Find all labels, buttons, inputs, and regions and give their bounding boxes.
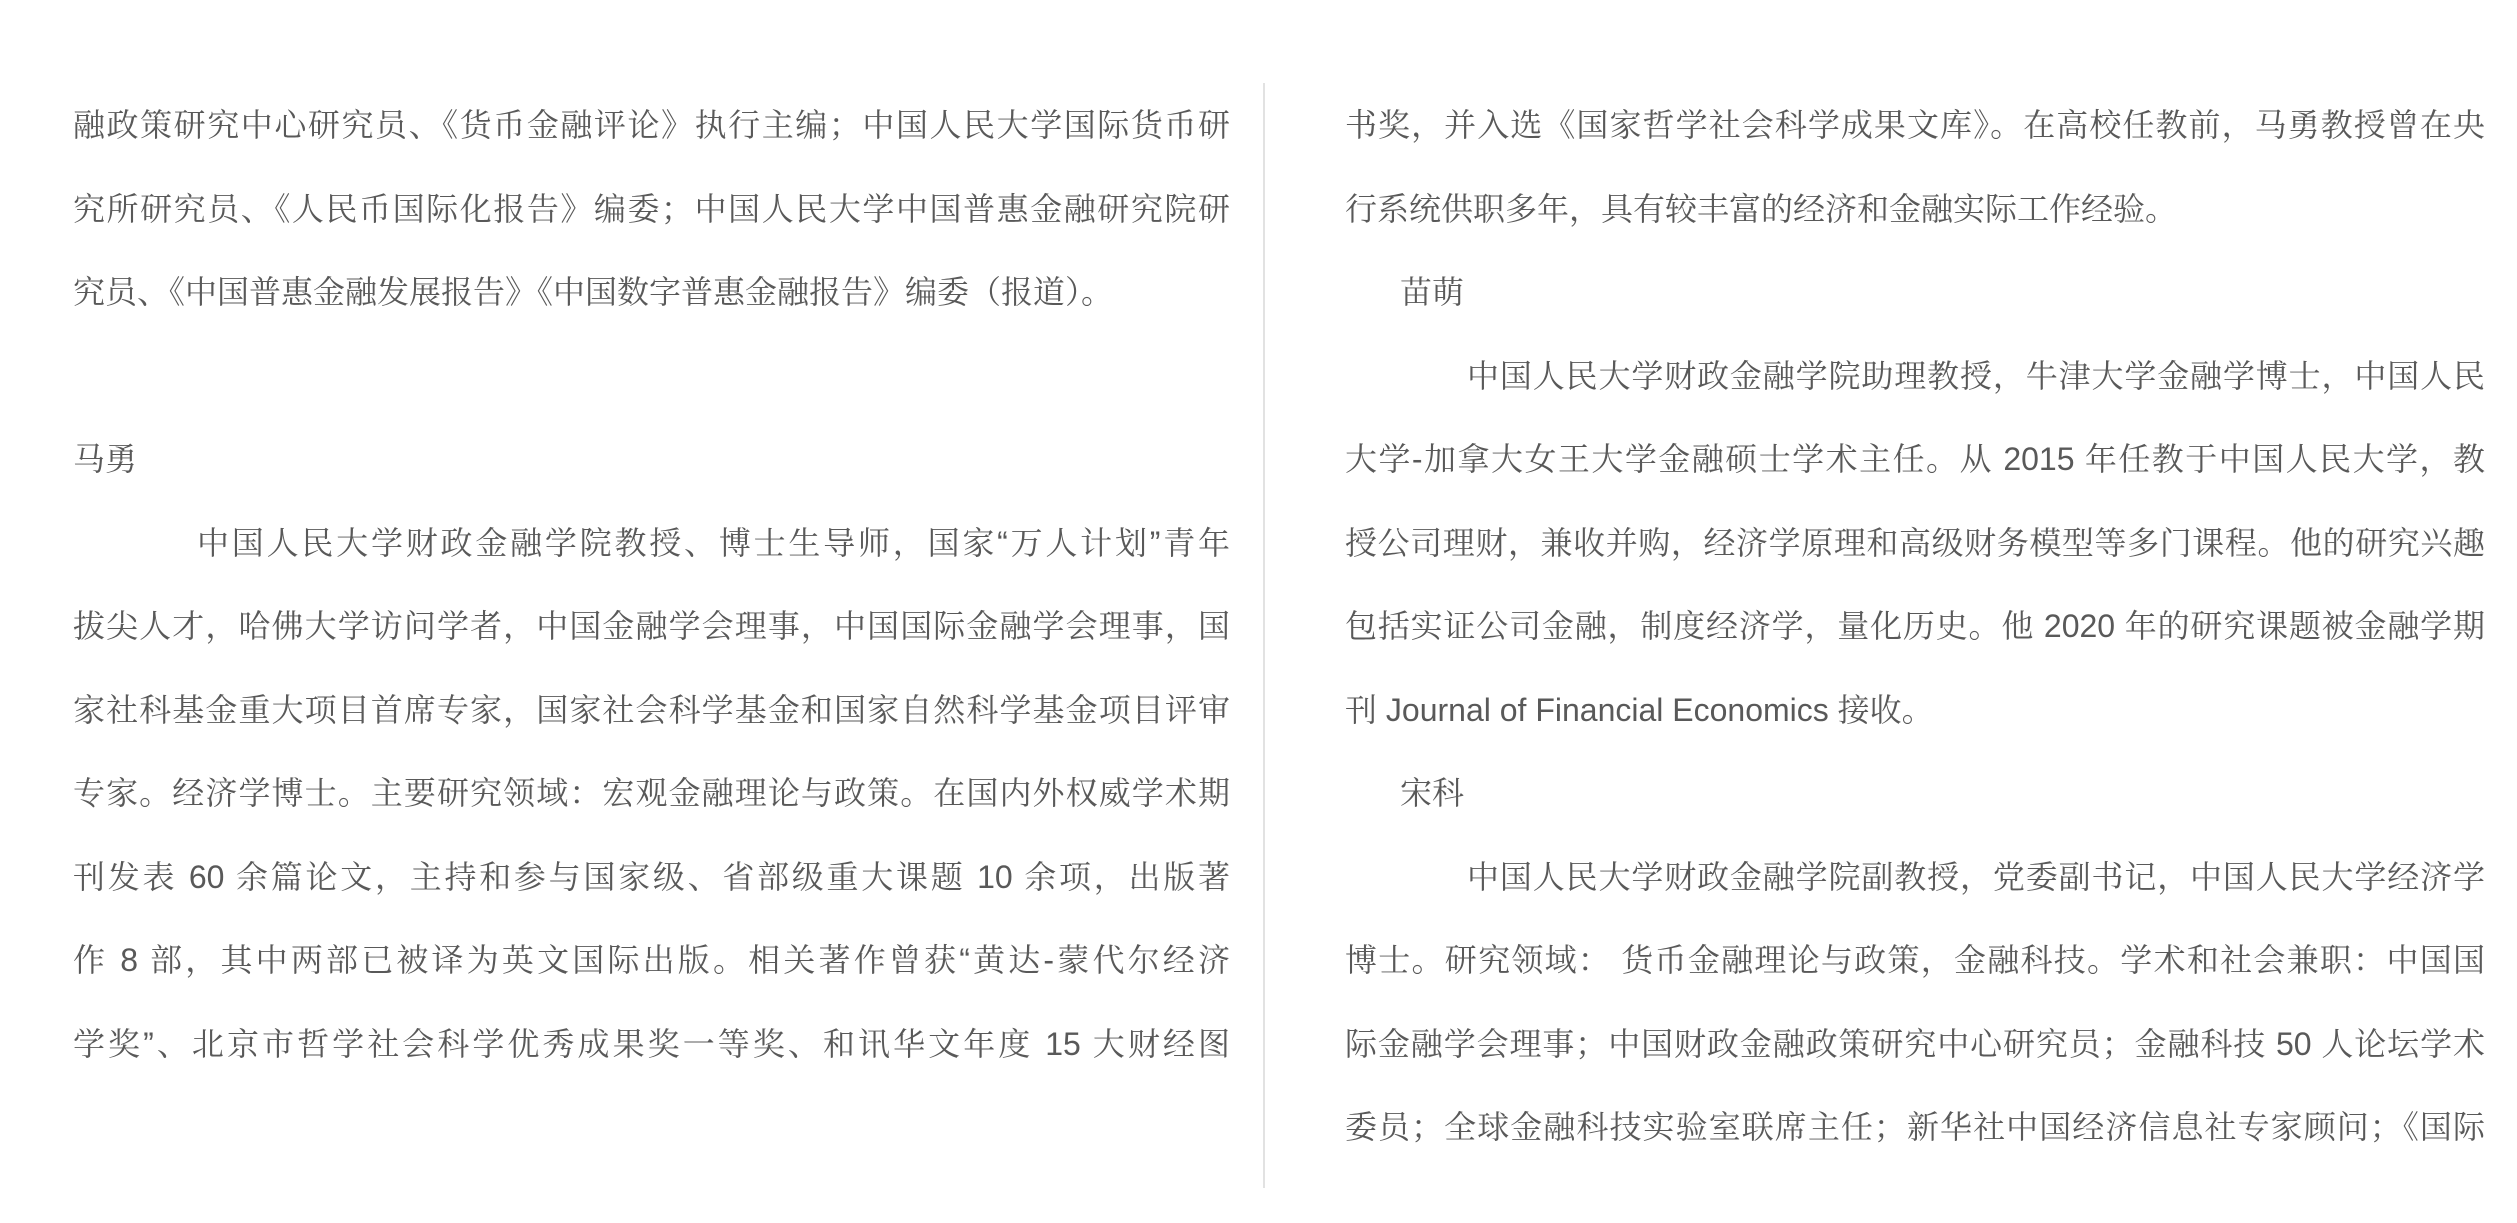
text-line: 博士。研究领域： 货币金融理论与政策，金融科技。学术和社会兼职：中国国 [1345, 919, 2485, 1003]
text-line: 中国人民大学财政金融学院副教授，党委副书记，中国人民大学经济学 [1345, 836, 2485, 920]
text-line: 刊 Journal of Financial Economics 接收。 [1345, 669, 2485, 753]
document-viewer: 融政策研究中心研究员、《货币金融评论》执行主编；中国人民大学国际货币研 究所研究… [0, 0, 2517, 1223]
text-line: 专家。经济学博士。主要研究领域：宏观金融理论与政策。在国内外权威学术期 [73, 752, 1230, 836]
text-line: 家社科基金重大项目首席专家，国家社会科学基金和国家自然科学基金项目评审 [73, 669, 1230, 753]
text-line: 学奖”、北京市哲学社会科学优秀成果奖一等奖、和讯华文年度 15 大财经图 [73, 1003, 1230, 1087]
text-line: 大学-加拿大女王大学金融硕士学术主任。从 2015 年任教于中国人民大学，教 [1345, 418, 2485, 502]
blank-line [73, 335, 1230, 419]
text-line: 际金融学会理事；中国财政金融政策研究中心研究员；金融科技 50 人论坛学术 [1345, 1003, 2485, 1087]
text-line: 授公司理财，兼收并购，经济学原理和高级财务模型等多门课程。他的研究兴趣 [1345, 502, 2485, 586]
document-page-right: 书奖，并入选《国家哲学社会科学成果文库》。在高校任教前，马勇教授曾在央 行系统供… [1345, 84, 2485, 1170]
text-line: 委员；全球金融科技实验室联席主任；新华社中国经济信息社专家顾问；《国际 [1345, 1086, 2485, 1170]
text-line: 行系统供职多年，具有较丰富的经济和金融实际工作经验。 [1345, 168, 2485, 252]
text-line: 究所研究员、《人民币国际化报告》编委；中国人民大学中国普惠金融研究院研 [73, 168, 1230, 252]
section-heading-ma-yong: 马勇 [73, 418, 1230, 502]
text-line: 融政策研究中心研究员、《货币金融评论》执行主编；中国人民大学国际货币研 [73, 84, 1230, 168]
text-line: 究员、《中国普惠金融发展报告》《中国数字普惠金融报告》编委（报道）。 [73, 251, 1230, 335]
text-line: 刊发表 60 余篇论文，主持和参与国家级、省部级重大课题 10 余项，出版著 [73, 836, 1230, 920]
document-page-left: 融政策研究中心研究员、《货币金融评论》执行主编；中国人民大学国际货币研 究所研究… [73, 84, 1230, 1086]
text-line: 作 8 部，其中两部已被译为英文国际出版。相关著作曾获“黄达-蒙代尔经济 [73, 919, 1230, 1003]
text-line: 书奖，并入选《国家哲学社会科学成果文库》。在高校任教前，马勇教授曾在央 [1345, 84, 2485, 168]
text-line: 中国人民大学财政金融学院教授、博士生导师，国家“万人计划”青年 [73, 502, 1230, 586]
text-line: 包括实证公司金融，制度经济学，量化历史。他 2020 年的研究课题被金融学期 [1345, 585, 2485, 669]
section-heading-song-ke: 宋科 [1345, 752, 2485, 836]
page-divider [1263, 83, 1265, 1188]
text-line: 拔尖人才，哈佛大学访问学者，中国金融学会理事，中国国际金融学会理事，国 [73, 585, 1230, 669]
text-line: 中国人民大学财政金融学院助理教授，牛津大学金融学博士，中国人民 [1345, 335, 2485, 419]
section-heading-miao-meng: 苗萌 [1345, 251, 2485, 335]
